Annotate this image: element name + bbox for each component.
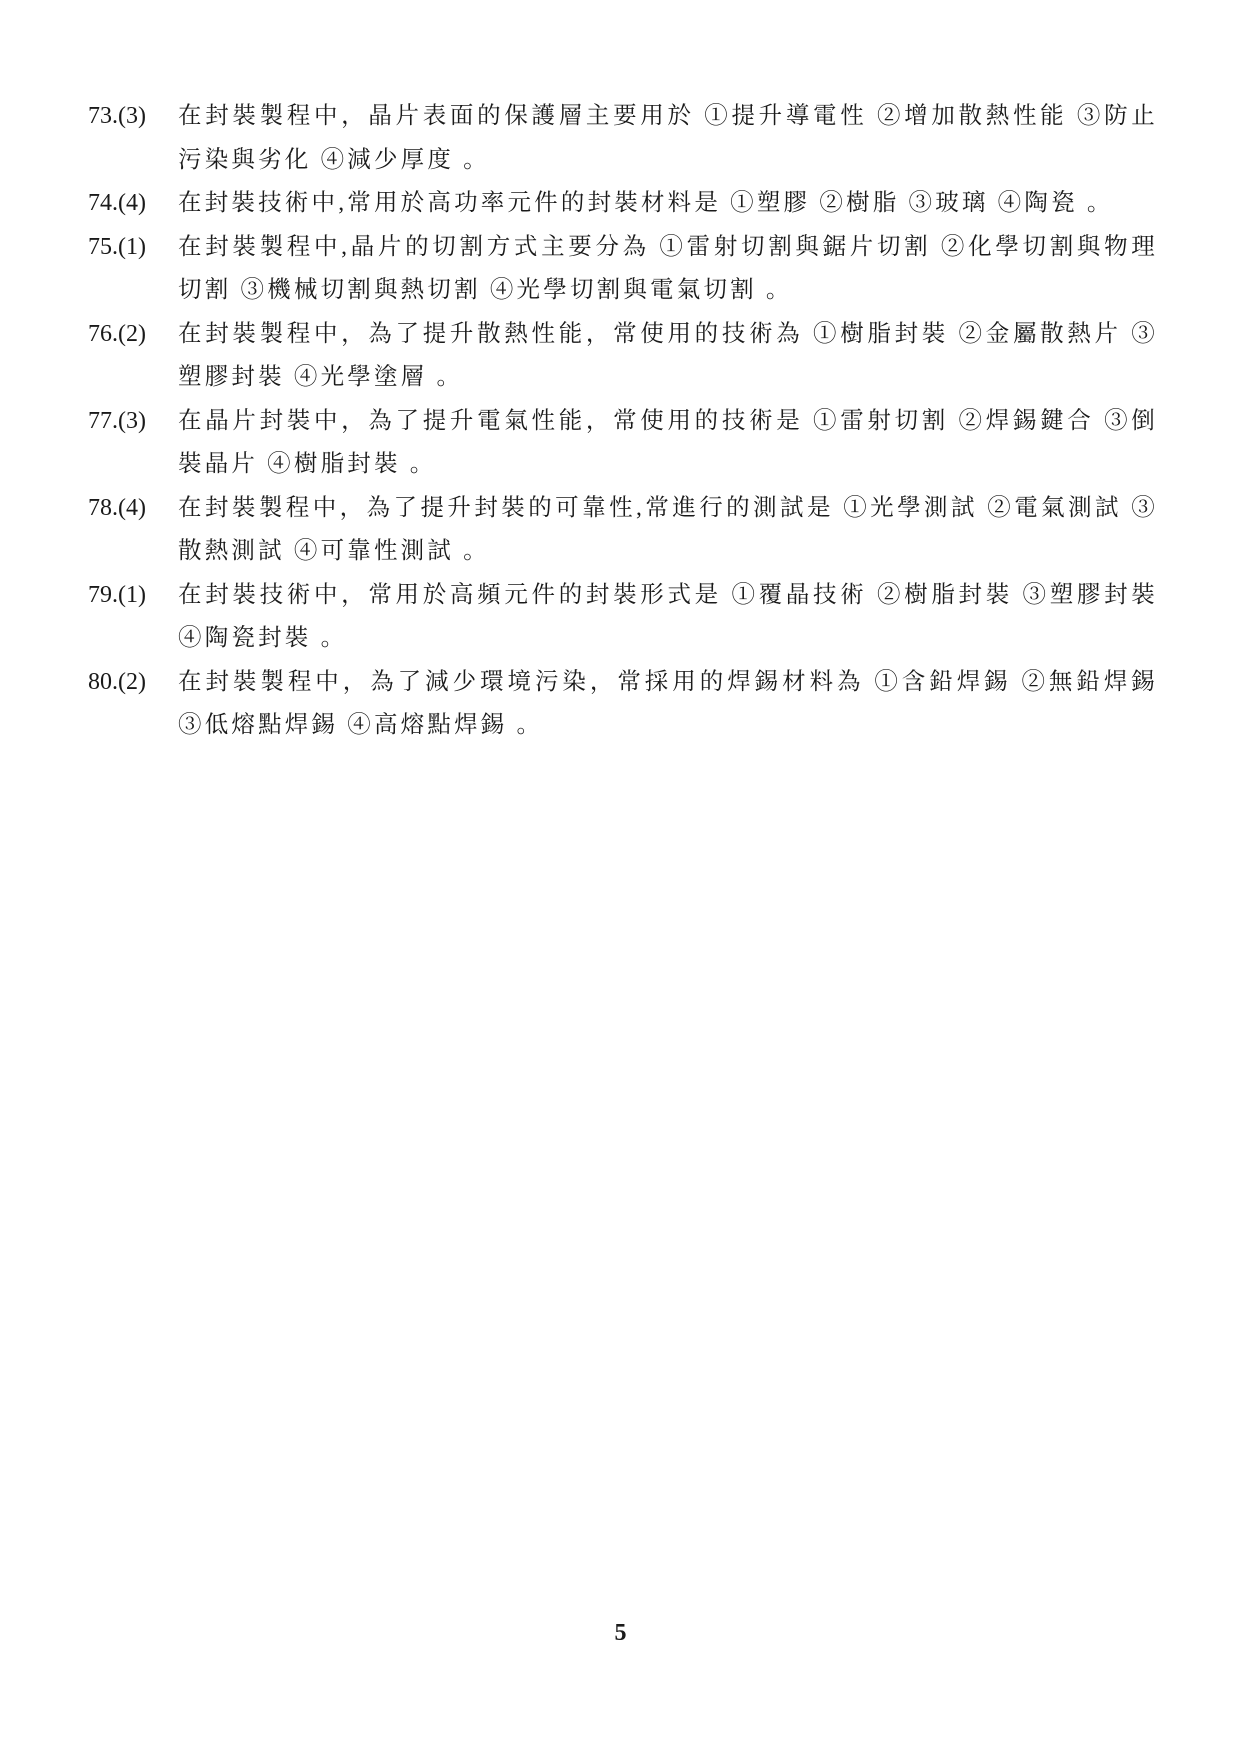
question-number: 80.(2) xyxy=(88,661,146,705)
question-text: 在封裝技術中，常用於高頻元件的封裝形式是 ①覆晶技術 ②樹脂封裝 ③塑膠封裝 ④… xyxy=(178,574,1158,661)
question-text: 在封裝製程中，為了提升散熱性能，常使用的技術為 ①樹脂封裝 ②金屬散熱片 ③塑膠… xyxy=(178,313,1158,400)
question-number: 75.(1) xyxy=(88,226,146,270)
question-item: 80.(2) 在封裝製程中，為了減少環境污染，常採用的焊錫材料為 ①含鉛焊錫 ②… xyxy=(88,661,1158,748)
question-text: 在晶片封裝中，為了提升電氣性能，常使用的技術是 ①雷射切割 ②焊錫鍵合 ③倒裝晶… xyxy=(178,400,1158,487)
question-number: 74.(4) xyxy=(88,182,146,226)
question-number: 76.(2) xyxy=(88,313,146,357)
question-text: 在封裝技術中,常用於高功率元件的封裝材料是 ①塑膠 ②樹脂 ③玻璃 ④陶瓷 。 xyxy=(178,182,1158,226)
question-text: 在封裝製程中,晶片的切割方式主要分為 ①雷射切割與鋸片切割 ②化學切割與物理切割… xyxy=(178,226,1158,313)
question-item: 73.(3) 在封裝製程中，晶片表面的保護層主要用於 ①提升導電性 ②增加散熱性… xyxy=(88,95,1158,182)
question-item: 76.(2) 在封裝製程中，為了提升散熱性能，常使用的技術為 ①樹脂封裝 ②金屬… xyxy=(88,313,1158,400)
question-item: 79.(1) 在封裝技術中，常用於高頻元件的封裝形式是 ①覆晶技術 ②樹脂封裝 … xyxy=(88,574,1158,661)
question-number: 73.(3) xyxy=(88,95,146,139)
question-item: 77.(3) 在晶片封裝中，為了提升電氣性能，常使用的技術是 ①雷射切割 ②焊錫… xyxy=(88,400,1158,487)
question-text: 在封裝製程中，晶片表面的保護層主要用於 ①提升導電性 ②增加散熱性能 ③防止污染… xyxy=(178,95,1158,182)
question-text: 在封裝製程中，為了減少環境污染，常採用的焊錫材料為 ①含鉛焊錫 ②無鉛焊錫 ③低… xyxy=(178,661,1158,748)
question-item: 78.(4) 在封裝製程中，為了提升封裝的可靠性,常進行的測試是 ①光學測試 ②… xyxy=(88,487,1158,574)
question-item: 75.(1) 在封裝製程中,晶片的切割方式主要分為 ①雷射切割與鋸片切割 ②化學… xyxy=(88,226,1158,313)
question-text: 在封裝製程中，為了提升封裝的可靠性,常進行的測試是 ①光學測試 ②電氣測試 ③散… xyxy=(178,487,1158,574)
page-number: 5 xyxy=(0,1620,1241,1647)
question-number: 77.(3) xyxy=(88,400,146,444)
question-number: 79.(1) xyxy=(88,574,146,618)
question-number: 78.(4) xyxy=(88,487,146,531)
question-list: 73.(3) 在封裝製程中，晶片表面的保護層主要用於 ①提升導電性 ②增加散熱性… xyxy=(88,95,1158,748)
question-item: 74.(4) 在封裝技術中,常用於高功率元件的封裝材料是 ①塑膠 ②樹脂 ③玻璃… xyxy=(88,182,1158,226)
document-page: 73.(3) 在封裝製程中，晶片表面的保護層主要用於 ①提升導電性 ②增加散熱性… xyxy=(0,0,1241,1755)
